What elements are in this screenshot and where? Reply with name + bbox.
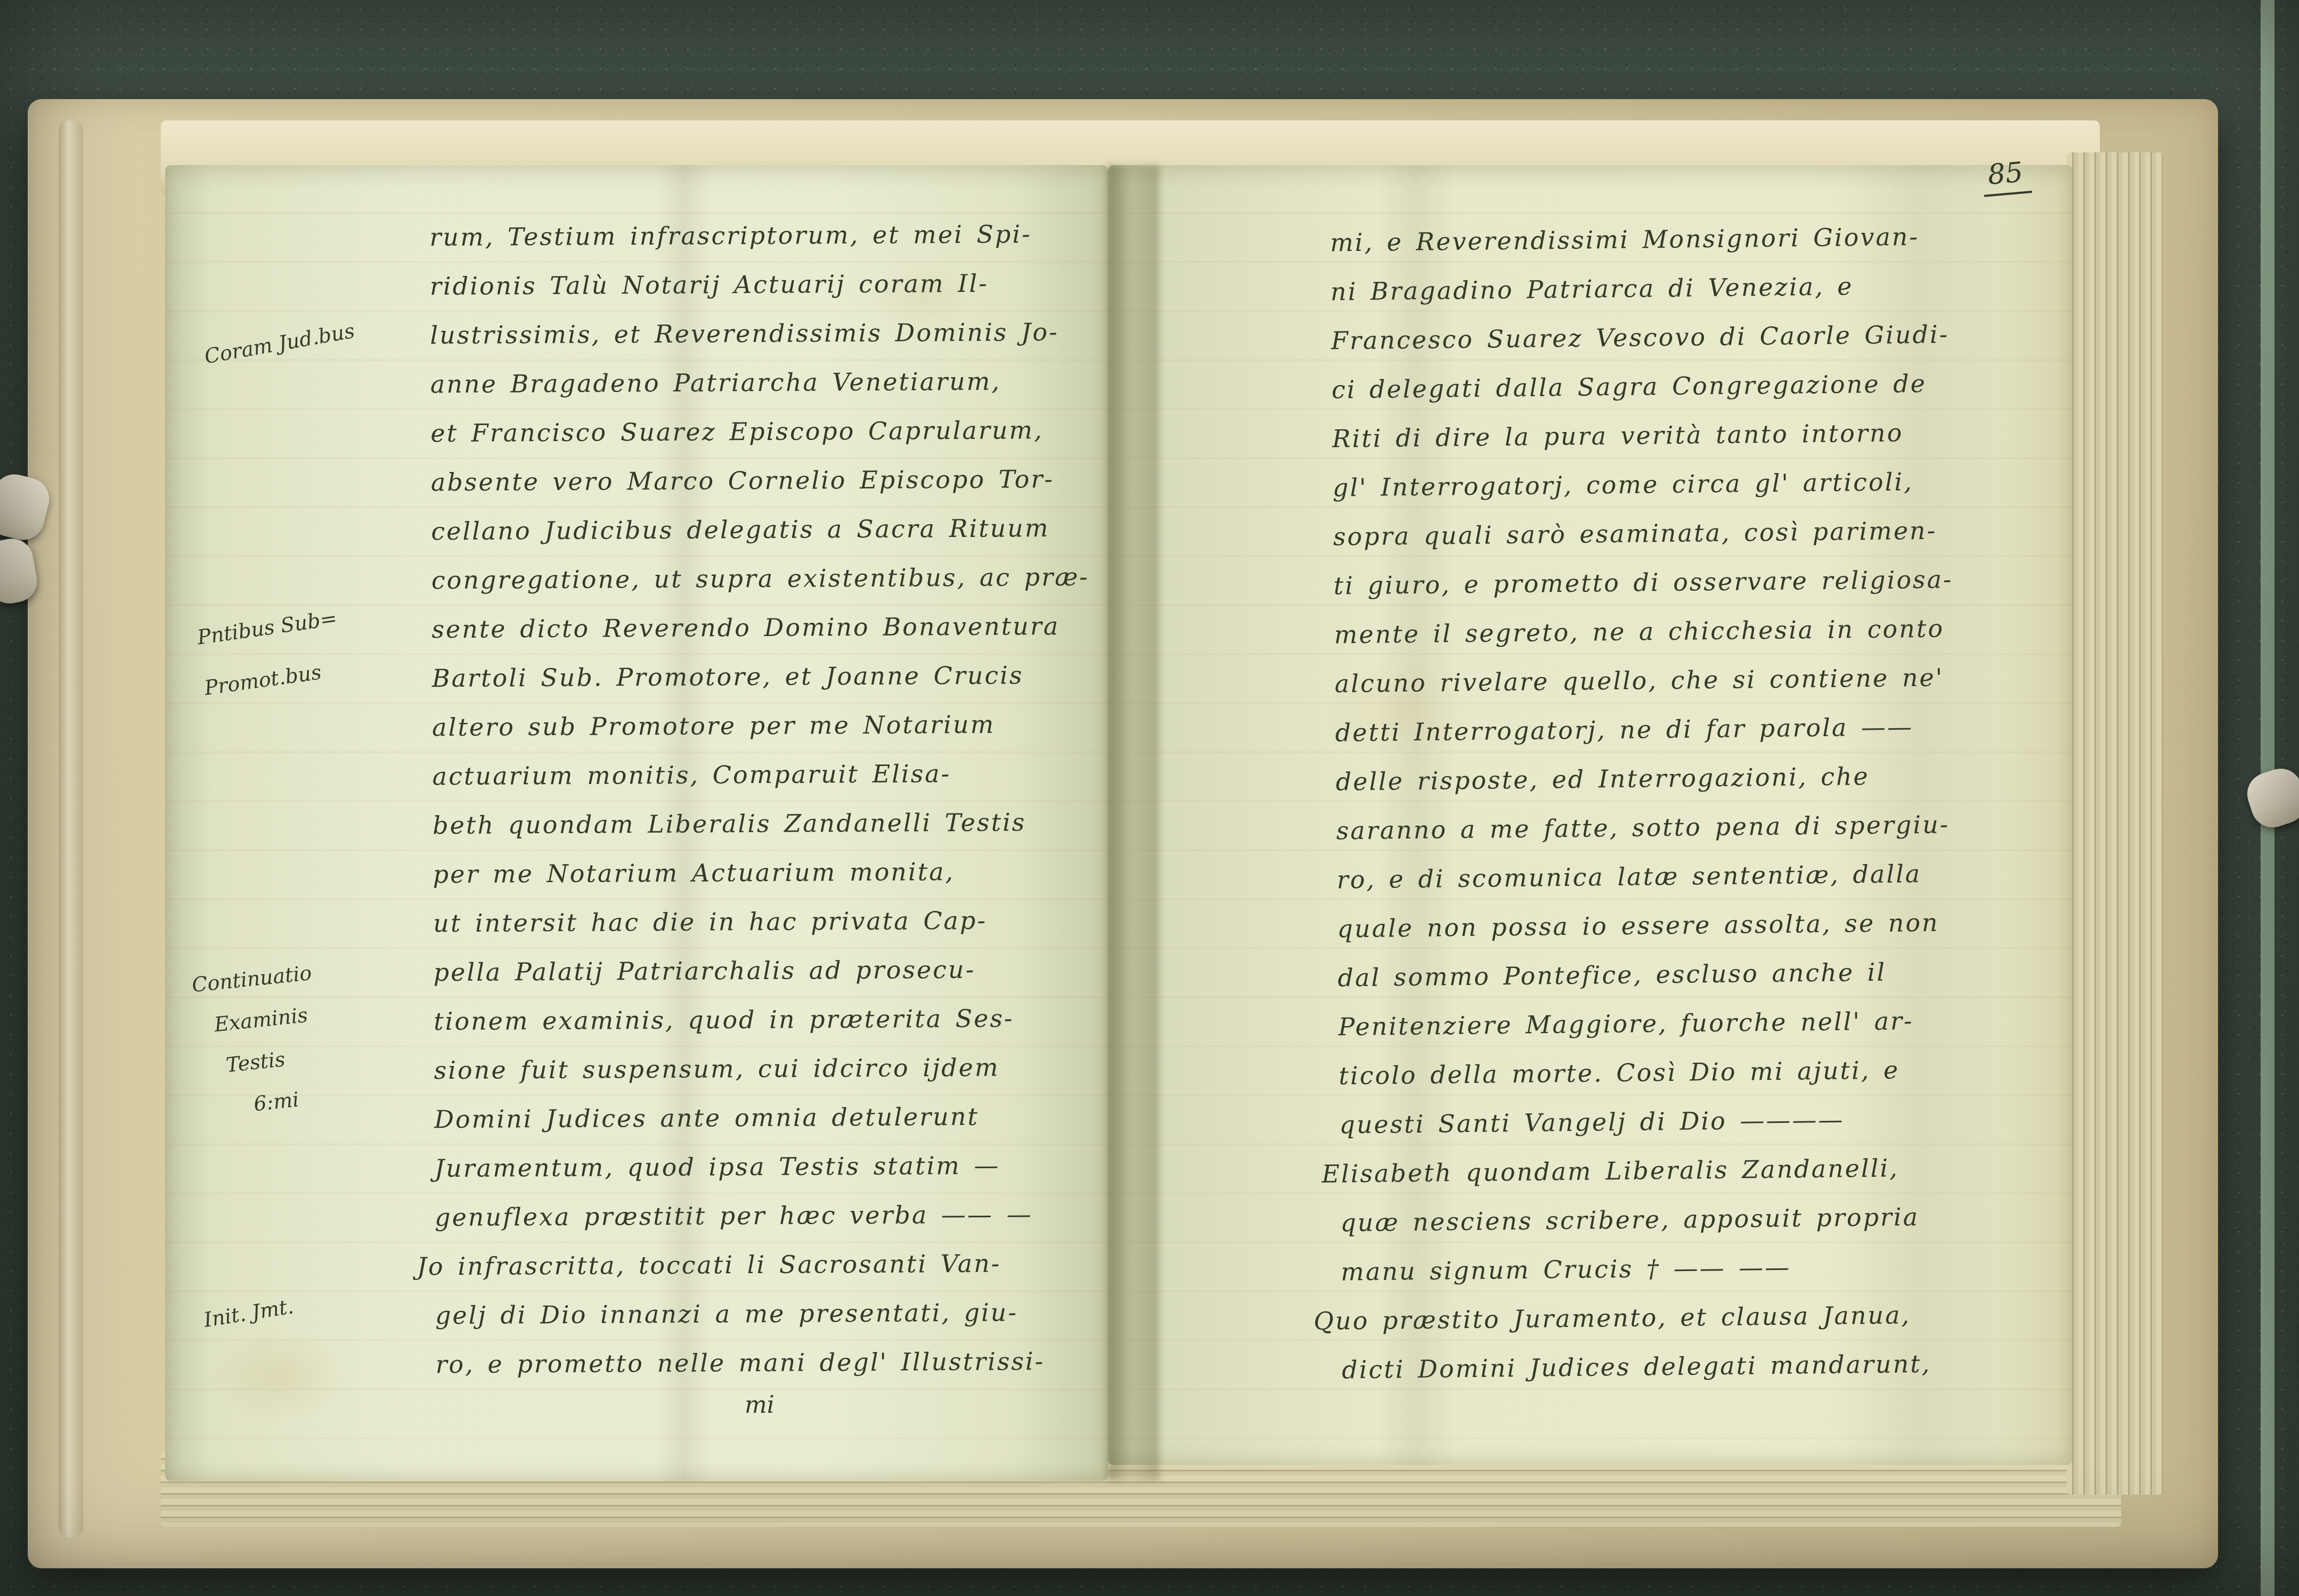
text-line: absente vero Marco Cornelio Episcopo Tor… — [431, 454, 1078, 507]
text-line: quale non possa io essere assolta, se no… — [1337, 897, 2099, 954]
text-line: sente dicto Reverendo Domino Bonaventura — [431, 601, 1079, 654]
text-line: per me Notarium Actuarium monita, — [433, 846, 1080, 899]
right-page-text: mi, e Reverendissimi Monsignori Giovan- … — [1330, 210, 2104, 1395]
text-line: alcuno rivelare quello, che si contiene … — [1334, 652, 2097, 709]
text-line: Penitenziere Maggiore, fuorche nell' ar- — [1338, 994, 2100, 1051]
text-line: ro, e prometto nelle mani degl' Illustri… — [435, 1337, 1082, 1389]
text-line-oath-start: Jo infrascritta, toccati li Sacrosanti V… — [417, 1239, 1082, 1291]
text-line: Francesco Suarez Vescovo di Caorle Giudi… — [1331, 308, 2093, 365]
text-line: cellano Judicibus delegatis a Sacra Ritu… — [431, 503, 1078, 556]
text-line: ridionis Talù Notarij Actuarij coram Il- — [430, 258, 1077, 311]
text-line: beth quondam Liberalis Zandanelli Testis — [433, 797, 1080, 850]
margin-note-praesentibus-subpromotoribus: Pntibus Sub= Promot.bus — [194, 593, 348, 714]
archival-photo: 85 Coram Jud.bus Pntibus Sub= Promot.bus… — [0, 0, 2299, 1596]
catchword: mi — [745, 1391, 775, 1419]
text-line: Bartoli Sub. Promotore, et Joanne Crucis — [432, 650, 1079, 703]
text-line: Domini Judices ante omnia detulerunt — [434, 1092, 1081, 1144]
text-line: pella Palatij Patriarchalis ad prosecu- — [433, 944, 1080, 997]
text-line: sopra quali sarò esaminata, così parimen… — [1333, 504, 2095, 561]
text-line: ticolo della morte. Così Dio mi ajuti, e — [1339, 1043, 2101, 1100]
text-line: ro, e di scomunica latæ sententiæ, dalla — [1336, 848, 2099, 905]
text-line: Quo præstito Juramento, et clausa Janua, — [1314, 1288, 2104, 1346]
text-line: ni Bragadino Patriarca di Venezia, e — [1330, 259, 2092, 316]
text-line: saranno a me fatte, sotto pena di spergi… — [1336, 799, 2098, 856]
text-line: anne Bragadeno Patriarcha Venetiarum, — [430, 356, 1078, 409]
book-gutter — [1108, 165, 1159, 1481]
cover-fold-ridge — [59, 120, 83, 1537]
text-line: actuarium monitis, Comparuit Elisa- — [433, 748, 1080, 801]
text-line-signum-crucis: manu signum Crucis † —— —— — [1341, 1239, 2103, 1296]
text-line: dicti Domini Judices delegati mandarunt, — [1342, 1337, 2104, 1394]
text-line: dal sommo Pontefice, escluso anche il — [1338, 945, 2100, 1002]
text-line: lustrissimis, et Reverendissimis Dominis… — [430, 307, 1077, 360]
text-line-signature: Elisabeth quondam Liberalis Zandanelli, — [1322, 1141, 2102, 1198]
text-line: ti giuro, e prometto di osservare religi… — [1333, 553, 2096, 610]
margin-note-continuatio-examinis: Continuatio Examinis Testis 6:mi — [190, 952, 327, 1130]
text-line: detti Interrogatorj, ne di far parola —— — [1335, 701, 2097, 758]
margin-note-text: 6:mi — [251, 1076, 327, 1125]
text-line: Riti di dire la pura verità tanto intorn… — [1332, 406, 2094, 463]
text-line: congregatione, ut supra existentibus, ac… — [431, 552, 1079, 605]
text-line: delle risposte, ed Interrogazioni, che — [1335, 750, 2098, 807]
text-line: altero sub Promotore per me Notarium — [432, 699, 1079, 752]
binding-cord-right — [2241, 763, 2299, 833]
text-line: mente il segreto, ne a chicchesia in con… — [1334, 602, 2096, 659]
text-line: mi, e Reverendissimi Monsignori Giovan- — [1330, 210, 2092, 267]
text-line: ut intersit hac die in hac privata Cap- — [433, 895, 1080, 948]
text-line: Juramentum, quod ipsa Testis statim — — [434, 1141, 1081, 1193]
text-line: et Francisco Suarez Episcopo Caprularum, — [430, 405, 1078, 458]
page-number: 85 — [1981, 156, 2032, 197]
text-line: quæ nesciens scribere, apposuit propria — [1340, 1190, 2102, 1247]
text-line: ci delegati dalla Sagra Congregazione de — [1331, 357, 2093, 414]
text-line: sione fuit suspensum, cui idcirco ijdem — [434, 1043, 1081, 1095]
text-line: tionem examinis, quod in præterita Ses- — [434, 994, 1081, 1046]
text-line: rum, Testium infrascriptorum, et mei Spi… — [429, 209, 1077, 262]
text-line: gl' Interrogatorj, come circa gl' artico… — [1332, 455, 2094, 512]
left-page-text: rum, Testium infrascriptorum, et mei Spi… — [429, 209, 1083, 1389]
margin-note-text: Init. Jmt. — [202, 1294, 295, 1332]
text-line: gelj di Dio innanzi a me presentati, giu… — [435, 1288, 1082, 1340]
text-line: genuflexa præstitit per hæc verba —— — — [435, 1190, 1082, 1242]
text-line: questi Santi Vangelj di Dio ———— — [1339, 1092, 2101, 1149]
